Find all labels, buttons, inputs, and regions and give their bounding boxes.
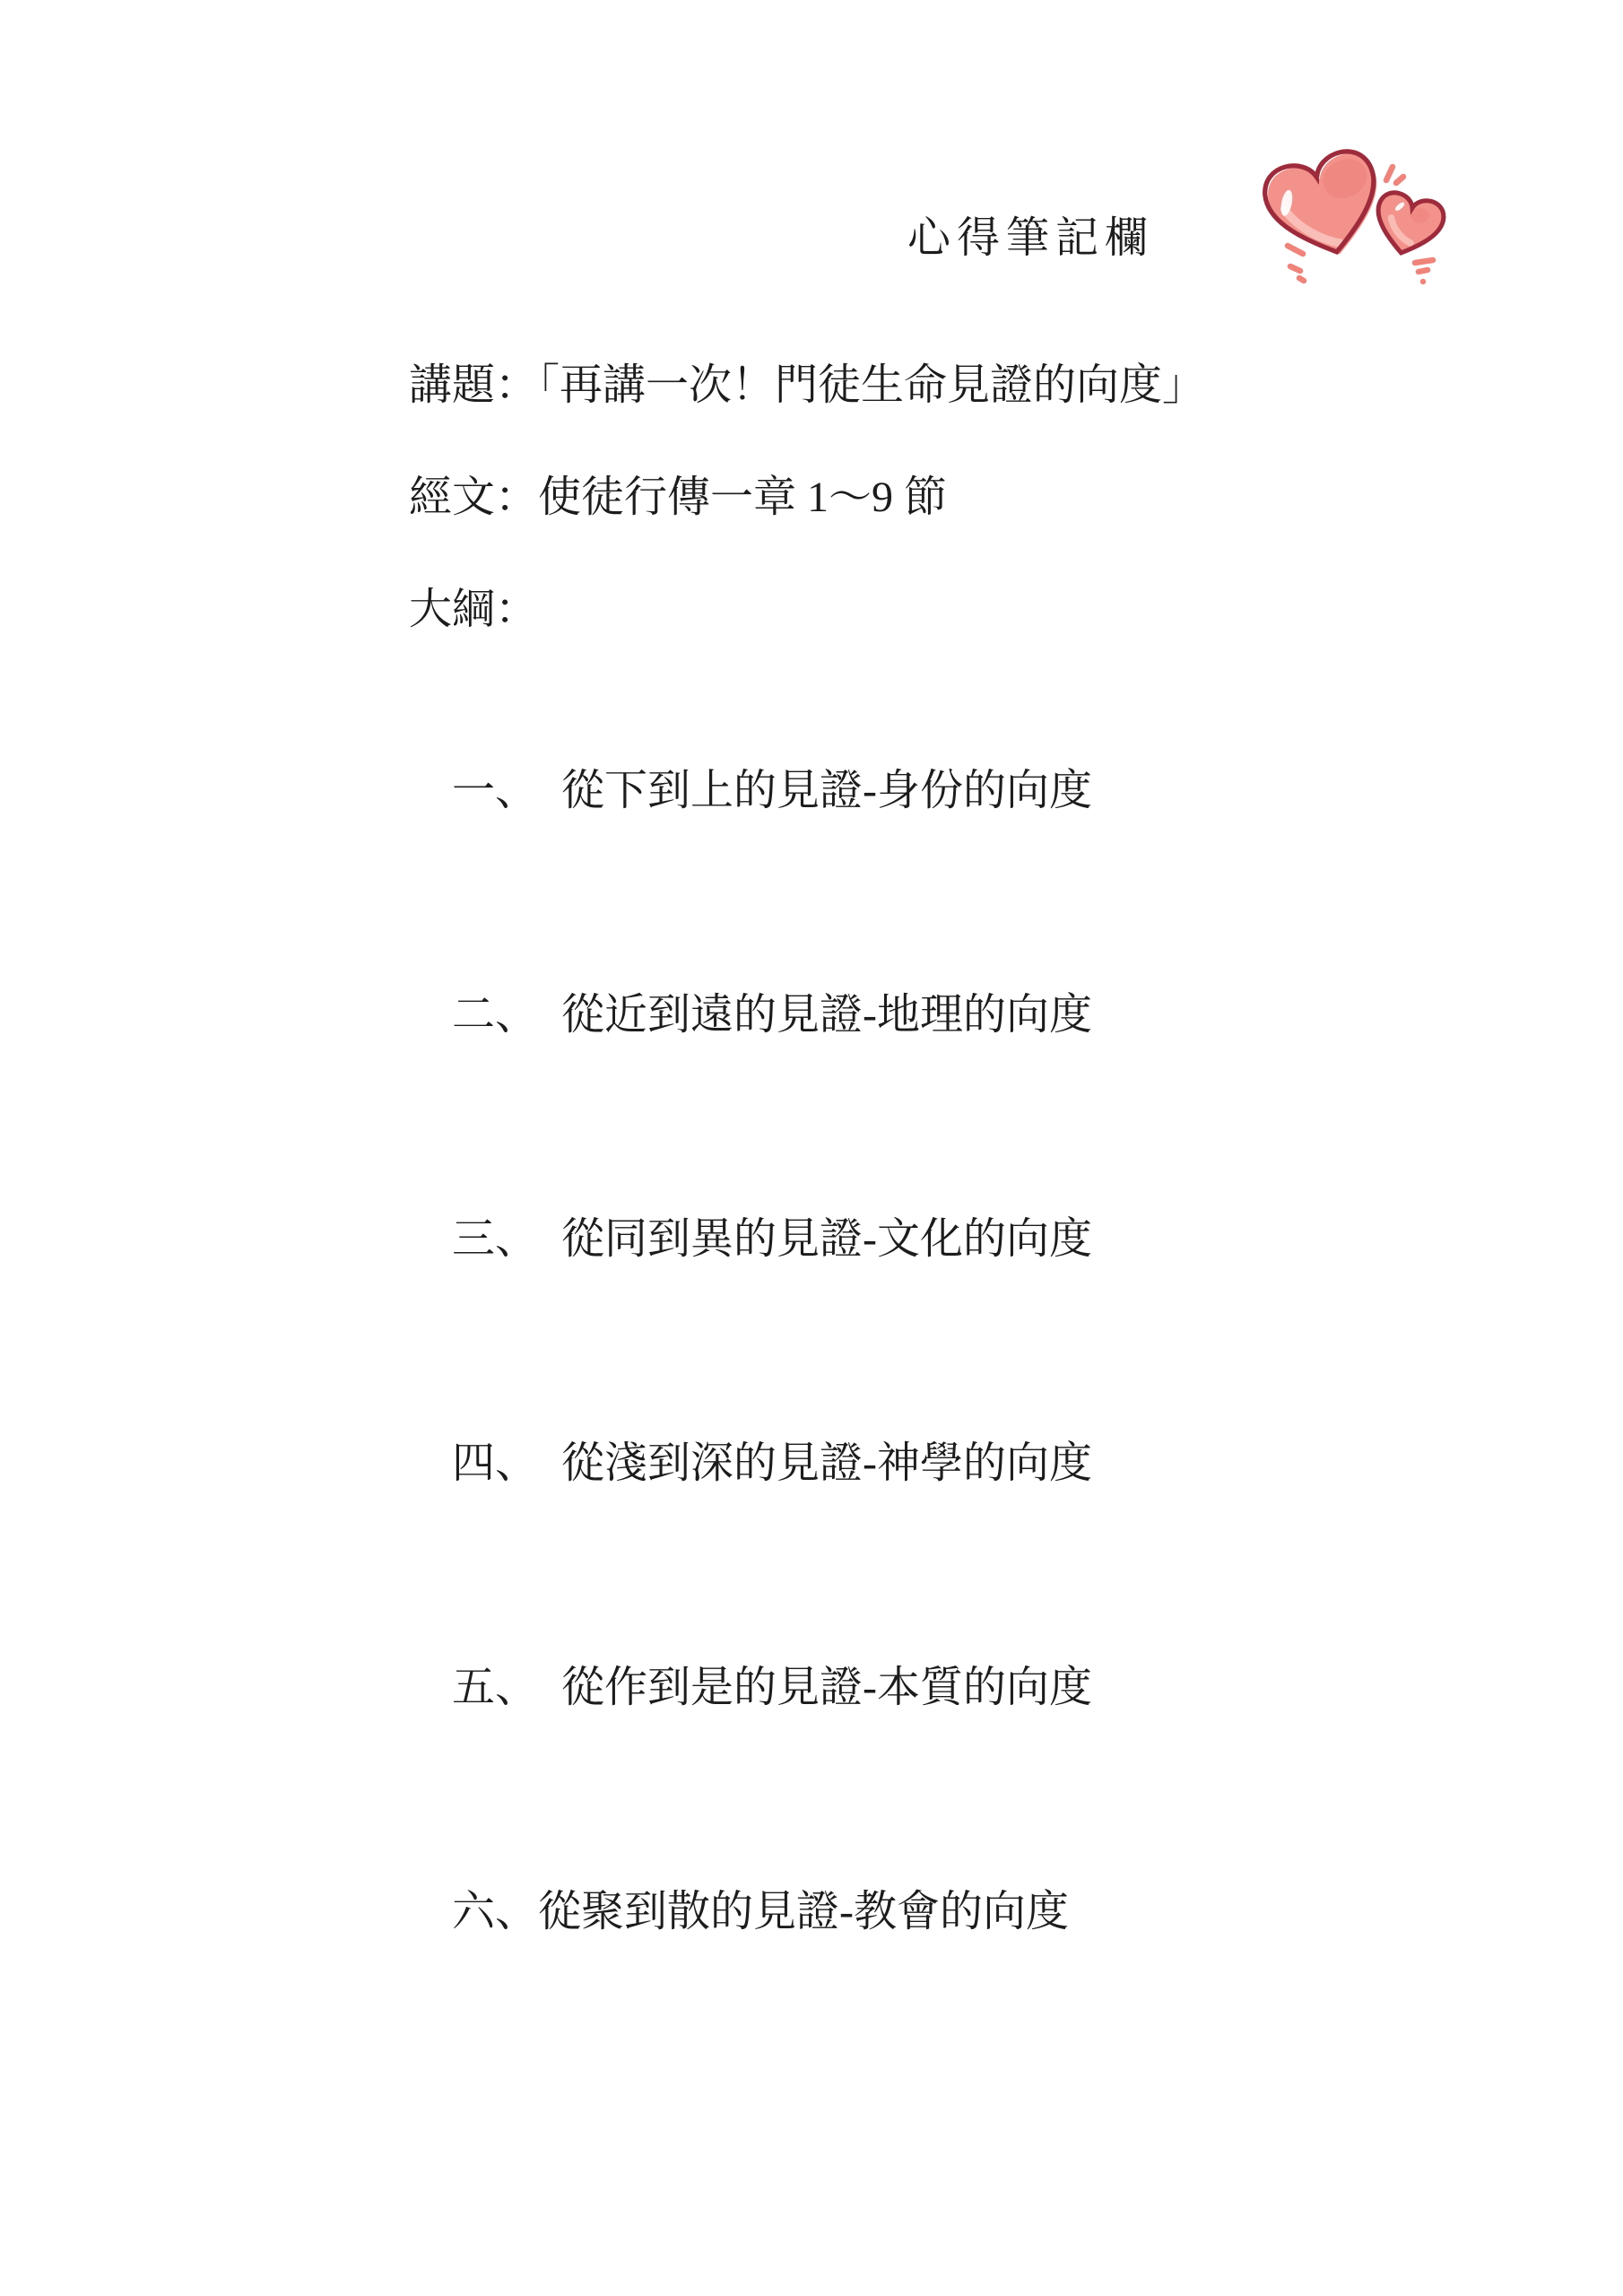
outline-item-6: 六、從聚到散的見證-教會的向度 — [409, 1815, 1069, 2009]
sparkle-dash — [1288, 246, 1303, 254]
outline-item-3: 三、從同到異的見證-文化的向度 — [409, 1143, 1092, 1336]
small-heart — [1369, 188, 1448, 261]
outline-item-text: 從下到上的見證-身份的向度 — [561, 767, 1092, 814]
sparkle-dash — [1419, 270, 1428, 272]
outline-item-number: 三、 — [452, 1215, 538, 1263]
sermon-topic-line: 講題：「再講一次！門徒生命見證的向度」 — [409, 353, 1205, 418]
sparkle-dash — [1396, 177, 1403, 183]
outline-item-number: 二、 — [452, 991, 538, 1039]
outline-item-number: 六、 — [452, 1888, 538, 1935]
outline-item-number: 一、 — [452, 767, 538, 814]
outline-item-text: 從同到異的見證-文化的向度 — [561, 1215, 1092, 1263]
outline-item-number: 四、 — [452, 1439, 538, 1487]
outline-label: 大綱： — [409, 578, 538, 642]
two-hearts-icon — [1252, 131, 1471, 314]
sparkle-dash — [1290, 266, 1300, 271]
outline-item-1: 一、從下到上的見證-身份的向度 — [409, 694, 1092, 888]
outline-item-number: 五、 — [452, 1664, 538, 1711]
outline-item-5: 五、從作到是的見證-本質的向度 — [409, 1591, 1092, 1785]
sparkle-dot — [1420, 279, 1426, 284]
outline-item-text: 從近到遠的見證-地理的向度 — [561, 991, 1092, 1039]
outline-item-2: 二、從近到遠的見證-地理的向度 — [409, 918, 1092, 1112]
scripture-line: 經文：使徒行傳一章 1～9 節 — [409, 465, 947, 530]
outline-item-text: 從聚到散的見證-教會的向度 — [538, 1888, 1069, 1935]
outline-item-4: 四、從淺到深的見證-神學的向度 — [409, 1367, 1092, 1561]
sparkle-dash — [1415, 260, 1433, 263]
sparkle-dash — [1299, 278, 1304, 281]
page-title: 心得筆記欄 — [907, 206, 1154, 271]
outline-item-text: 從淺到深的見證-神學的向度 — [561, 1439, 1092, 1487]
sparkle-dash — [1386, 167, 1393, 180]
big-heart — [1259, 144, 1393, 268]
outline-item-text: 從作到是的見證-本質的向度 — [561, 1664, 1092, 1711]
document-page: 心得筆記欄 講題：「再講一次！門徒 — [0, 0, 1623, 2296]
